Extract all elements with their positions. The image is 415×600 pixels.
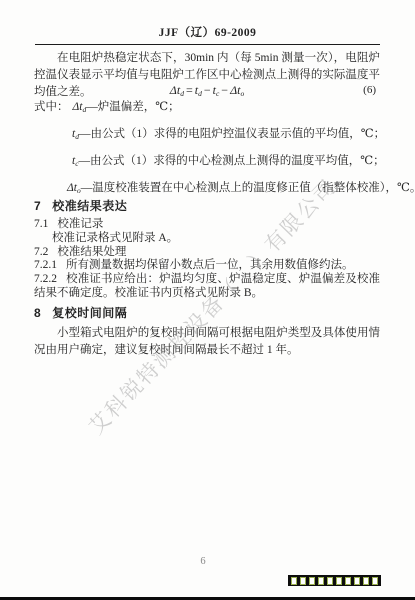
section-8-paragraph: 小型箱式电阻炉的复校时间间隔可根据电阻炉类型及具体使用情况由用户确定，建议复校时…	[34, 325, 380, 359]
symbol-definitions: 式中：Δtd—炉温偏差，℃； td—由公式（1）求得的电阻炉控温仪表显示值的平均…	[34, 99, 380, 207]
clause-number: 7.2.2	[34, 273, 57, 285]
section-number: 8	[34, 306, 41, 320]
registration-mark-cell	[291, 577, 297, 585]
registration-mark	[288, 575, 381, 586]
clause-7-2-2: 7.2.2校准证书应给出：炉温均匀度、炉温稳定度、炉温偏差及校准结果不确定度。校…	[34, 273, 380, 301]
minus-sign: −	[202, 83, 213, 97]
where-label: 式中：	[34, 101, 69, 113]
document-page: 艾科锐特测控设备（ ）有限公司 JJF（辽）69-2009 在电阻炉热稳定状态下…	[0, 0, 415, 600]
formula-6-row: Δtd=td−tc−Δto (6)	[34, 83, 380, 98]
registration-mark-cell	[318, 577, 324, 585]
section-7-items: 7.1校准记录 校准记录格式见附录 A。 7.2校准结果处理 7.2.1所有测量…	[34, 218, 380, 301]
registration-mark-cell	[363, 577, 369, 585]
clause-text: 校准记录格式见附录 A。	[52, 232, 178, 244]
section-title: 复校时间间隔	[52, 306, 127, 320]
registration-mark-cell	[336, 577, 342, 585]
clause-7-1-note: 校准记录格式见附录 A。	[34, 232, 380, 246]
registration-mark-cell	[372, 577, 378, 585]
registration-mark-cell	[345, 577, 351, 585]
registration-mark-cell	[300, 577, 306, 585]
definition-row: td—由公式（1）求得的电阻炉控温仪表显示值的平均值，℃；	[34, 126, 380, 145]
clause-text: 校准证书应给出：炉温均匀度、炉温稳定度、炉温偏差及校准结果不确定度。校准证书内页…	[34, 273, 380, 299]
equals-sign: =	[184, 83, 195, 97]
registration-mark-cell	[309, 577, 315, 585]
section-number: 7	[34, 199, 41, 213]
document-content: 在电阻炉热稳定状态下，30min 内（每 5min 测量一次），电阻炉控温仪表显…	[34, 0, 380, 600]
formula-subscript: o	[240, 89, 244, 98]
symbol: Δtd	[73, 101, 87, 113]
minus-sign: −	[219, 83, 230, 97]
definition-text: —由公式（1）求得的中心检测点上测得的温度平均值，℃；	[79, 155, 385, 167]
formula-term: Δt	[230, 83, 240, 97]
definition-row: tc—由公式（1）求得的中心检测点上测得的温度平均值，℃；	[34, 153, 380, 172]
clause-number: 7.1	[34, 218, 48, 230]
definition-text: —由公式（1）求得的电阻炉控温仪表显示值的平均值，℃；	[79, 128, 385, 140]
section-8-heading: 8复校时间间隔	[34, 304, 127, 321]
clause-text: 所有测量数据均保留小数点后一位，其余用数值修约法。	[66, 259, 354, 271]
symbol-base: Δt	[67, 182, 77, 194]
clause-7-2-1: 7.2.1所有测量数据均保留小数点后一位，其余用数值修约法。	[34, 259, 380, 273]
section-7-heading: 7校准结果表达	[34, 197, 127, 214]
symbol-base: Δt	[73, 101, 83, 113]
clause-7-2: 7.2校准结果处理	[34, 246, 380, 260]
clause-number: 7.2.1	[34, 259, 57, 271]
definition-text: —温度校准装置在中心检测点上的温度修正值（指整体校准），℃。	[81, 182, 415, 194]
formula-term: Δt	[170, 83, 180, 97]
formula-6: Δtd=td−tc−Δto	[170, 83, 244, 97]
page-number: 6	[0, 556, 406, 567]
clause-text: 校准记录	[57, 218, 103, 230]
section-title: 校准结果表达	[52, 199, 127, 213]
clause-text: 校准结果处理	[57, 246, 126, 258]
equation-number: (6)	[363, 84, 376, 96]
registration-mark-cell	[354, 577, 360, 585]
registration-mark-cell	[327, 577, 333, 585]
symbol: Δto	[67, 182, 81, 194]
clause-number: 7.2	[34, 246, 48, 258]
symbol: td	[72, 128, 79, 140]
definition-row: 式中：Δtd—炉温偏差，℃；	[34, 99, 380, 118]
definition-text: —炉温偏差，℃；	[86, 101, 179, 113]
clause-7-1: 7.1校准记录	[34, 218, 380, 232]
